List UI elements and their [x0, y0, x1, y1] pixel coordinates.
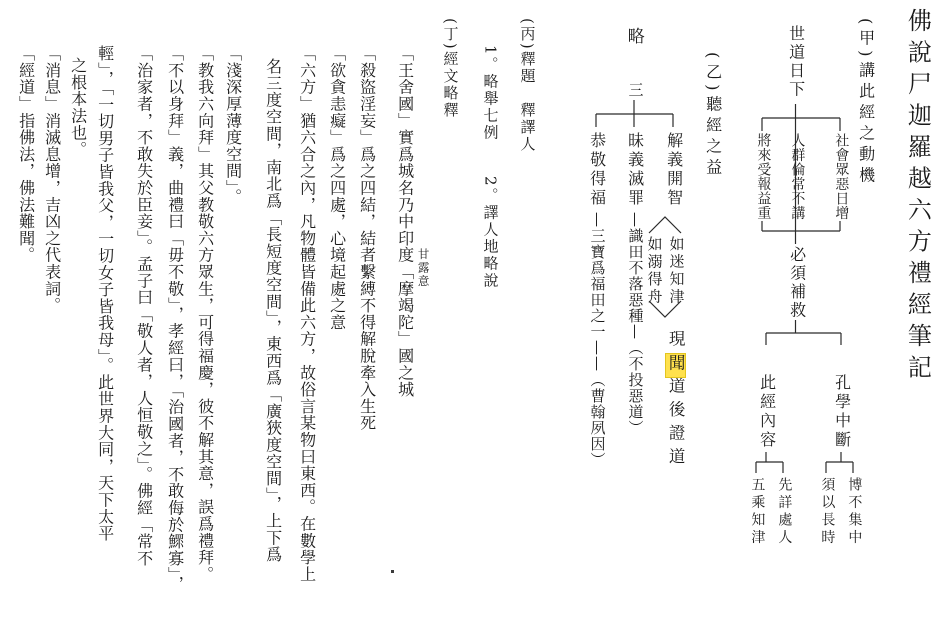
jia-branch-right: 孔學中斷 [833, 374, 851, 450]
jia-branch2-stubs [766, 452, 841, 462]
jia-branch-drops [766, 333, 841, 345]
jia-leaf-3: 先詳處人 [776, 477, 791, 547]
scanned-notes-page: 佛說尸迦羅越六方禮經筆記 (甲)講此經之動機 世道日下 社會眾惡日增 人群倫常不… [0, 0, 937, 623]
yi-benefit3-head: 恭敬得福 [588, 132, 606, 208]
note-column: 「經道」指佛法，佛法難聞。 [17, 45, 35, 263]
jia-merge-stubs [762, 221, 840, 231]
jia-top-drops [762, 118, 840, 131]
side-annotation: 甘露意 [417, 248, 430, 289]
note-column: 「消息」消滅息增，吉凶之代表詞。 [43, 45, 61, 314]
jia-leaf-2: 須以長時 [819, 477, 834, 547]
note-column: 輕」，「一切男子皆我父，一切女子皆我母」。此世界大同，天下太平 [96, 45, 114, 542]
jia-leaf-4: 五乘知津 [749, 477, 764, 547]
yi-count: 三 [627, 82, 644, 98]
jia-leaf-1: 博不集中 [846, 477, 861, 547]
section-yi-label: (乙)聽經之益 [704, 52, 722, 179]
note-column: 「淺深厚薄度空間」。 [224, 45, 242, 205]
note-column: 「治家者，不敢失於臣妾」。孟子曰「敬人者，人恒敬之」。佛經「常不 [135, 45, 153, 567]
note-column: 「欲貪恚癡」爲之四處，心境起處之意 [328, 45, 346, 331]
note-column: 名三度空間，南北爲「長短度空間」，東西爲「廣狹度空間」，上下爲 [264, 58, 282, 563]
jia-branch-left: 此經內容 [758, 374, 776, 450]
tail-suffix: 道後證道 [666, 377, 685, 471]
tail-prefix: 現 [666, 330, 685, 354]
yi-simile-2: 如溺得舟 [646, 236, 663, 306]
yi-benefit1-head: 解義開智 [665, 132, 683, 208]
note-column: 「教我六向拜」其父教敬六方眾生，可得福慶，彼不解其意，誤爲禮拜。 [196, 45, 214, 583]
scan-speck [391, 570, 394, 573]
yi-benefit2-head: 昧義滅罪 [626, 132, 644, 208]
section-ding-label: (丁)經文略釋 [442, 18, 459, 119]
yi-simile-1: 如迷知津 [668, 236, 685, 306]
note-column: 之根本法也。 [69, 57, 87, 158]
section-bing-label: (丙)釋題 釋譯人 [519, 18, 536, 153]
note-column: 「六方」猶六合之內，凡物體皆備此六方，故俗言某物曰東西。在數學上 [298, 45, 316, 583]
bing-item-1: 1。略舉七例 [482, 45, 499, 142]
jia-cause-1: 社會眾惡日增 [833, 133, 848, 220]
yi-benefit3-tail: —三寶爲福田之一——（曹翰夙因） [589, 212, 606, 468]
yi-benefit2-tail: —識田不落惡種—（不投惡道） [627, 212, 644, 436]
note-column: 「王舍國」實爲城名乃中印度「摩竭陀」國之城 [396, 45, 414, 398]
jia-cause-2: 人群倫常不講 [789, 133, 804, 220]
yi-drops [596, 114, 673, 127]
note-column: 「不以身拜」義，曲禮曰「毋不敬」，孝經曰，「治國者，不敢侮於鰥寡」， [166, 45, 184, 592]
jia-conclusion: 必須補救 [788, 246, 806, 320]
jia-cause-3: 將來受報益重 [755, 133, 770, 220]
angle-bracket-open [649, 217, 681, 233]
jia-tree-root: 世道日下 [787, 25, 805, 99]
note-column: 「殺盜淫妄」爲之四結，結者繫縛不得解脫牽入生死 [358, 45, 376, 431]
highlighted-char: 聞 [666, 354, 685, 378]
yi-heading: 略 [624, 27, 643, 45]
yi-benefit1-tail: 現聞道後證道 [666, 330, 684, 471]
jia-branch2-drops [756, 462, 853, 473]
page-title: 佛說尸迦羅越六方禮經筆記 [904, 8, 930, 386]
section-jia-label: (甲)講此經之動機 [857, 18, 875, 187]
bing-item-2: 2。譯人地略說 [482, 176, 499, 290]
